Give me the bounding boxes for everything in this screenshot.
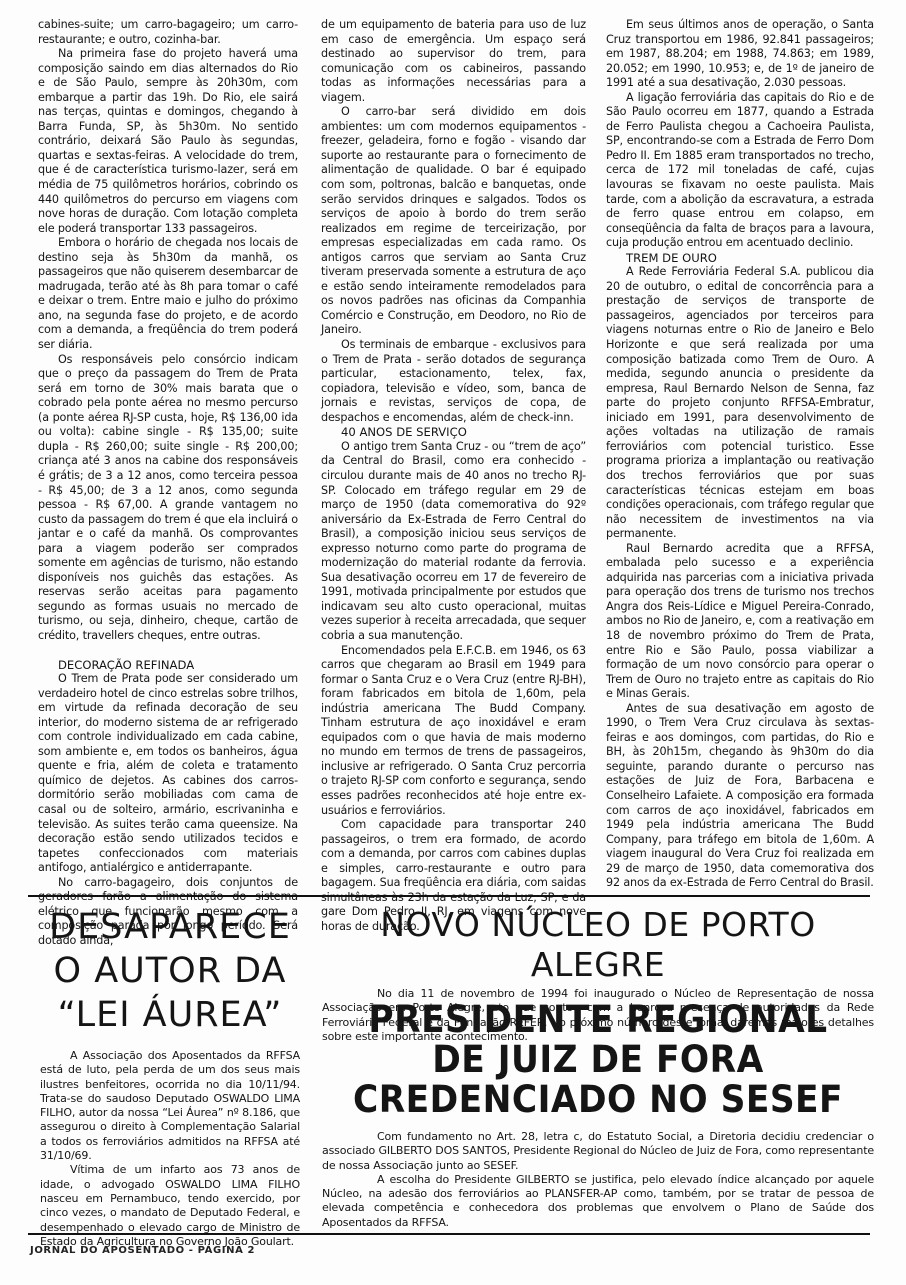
paragraph: Em seus últimos anos de operação, o Sant… <box>606 18 874 91</box>
section-heading-trem-de-ouro: TREM DE OURO <box>606 251 874 266</box>
article-body: Com fundamento no Art. 28, letra c, do E… <box>322 1130 874 1230</box>
paragraph: A Associação dos Aposentados da RFFSA es… <box>40 1049 300 1163</box>
paragraph: Encomendados pela E.F.C.B. em 1946, os 6… <box>321 644 586 819</box>
article-lei-aurea: DESAPARECE O AUTOR DA “LEI ÁUREA” A Asso… <box>40 905 300 1249</box>
paragraph: Vítima de um infarto aos 73 anos de idad… <box>40 1163 300 1249</box>
page-footer: JORNAL DO APOSENTADO - PÁGINA 2 <box>30 1245 255 1256</box>
paragraph: cabines-suite; um carro-bagageiro; um ca… <box>38 18 298 47</box>
paragraph: Antes de sua desativação em agosto de 19… <box>606 702 874 891</box>
headline-line: O AUTOR DA <box>54 951 287 991</box>
article-column-2: de um equipamento de bateria para uso de… <box>321 18 586 934</box>
headline-line: “LEI ÁUREA” <box>58 995 283 1035</box>
section-heading-decoracao: DECORAÇÃO REFINADA <box>38 658 298 673</box>
article-column-1: cabines-suite; um carro-bagageiro; um ca… <box>38 18 298 948</box>
paragraph: Com fundamento no Art. 28, letra c, do E… <box>322 1130 874 1173</box>
headline-line: DESAPARECE <box>49 907 291 947</box>
paragraph: O carro-bar será dividido em dois ambien… <box>321 105 586 338</box>
paragraph: Os terminais de embarque - exclusivos pa… <box>321 338 586 425</box>
article-juiz-de-fora: PRESIDENTE REGIONAL DE JUIZ DE FORA CRED… <box>322 1000 874 1230</box>
headline-line: CREDENCIADO NO SESEF <box>353 1078 843 1121</box>
paragraph: de um equipamento de bateria para uso de… <box>321 18 586 105</box>
paragraph: Na primeira fase do projeto haverá uma c… <box>38 47 298 236</box>
section-divider-rule <box>28 895 870 897</box>
headline-line: PRESIDENTE REGIONAL <box>368 998 827 1041</box>
paragraph: O antigo trem Santa Cruz - ou “trem de a… <box>321 440 586 644</box>
headline-juiz-de-fora: PRESIDENTE REGIONAL DE JUIZ DE FORA CRED… <box>341 1000 854 1120</box>
paragraph: A escolha do Presidente GILBERTO se just… <box>322 1173 874 1230</box>
paragraph: A Rede Ferroviária Federal S.A. publicou… <box>606 265 874 541</box>
paragraph: O Trem de Prata pode ser considerado um … <box>38 672 298 876</box>
section-heading-40-anos: 40 ANOS DE SERVIÇO <box>321 425 586 440</box>
headline-porto-alegre: NOVO NÚCLEO DE PORTO ALEGRE <box>322 905 874 985</box>
article-column-3: Em seus últimos anos de operação, o Sant… <box>606 18 874 891</box>
paragraph: Os responsáveis pelo consórcio indicam q… <box>38 353 298 644</box>
paragraph: Embora o horário de chegada nos locais d… <box>38 236 298 352</box>
article-body: A Associação dos Aposentados da RFFSA es… <box>40 1049 300 1249</box>
footer-divider-rule <box>28 1233 870 1235</box>
paragraph: Raul Bernardo acredita que a RFFSA, emba… <box>606 542 874 702</box>
headline-line: DE JUIZ DE FORA <box>432 1038 763 1081</box>
paragraph: A ligação ferroviária das capitais do Ri… <box>606 91 874 251</box>
headline-lei-aurea: DESAPARECE O AUTOR DA “LEI ÁUREA” <box>40 905 300 1037</box>
